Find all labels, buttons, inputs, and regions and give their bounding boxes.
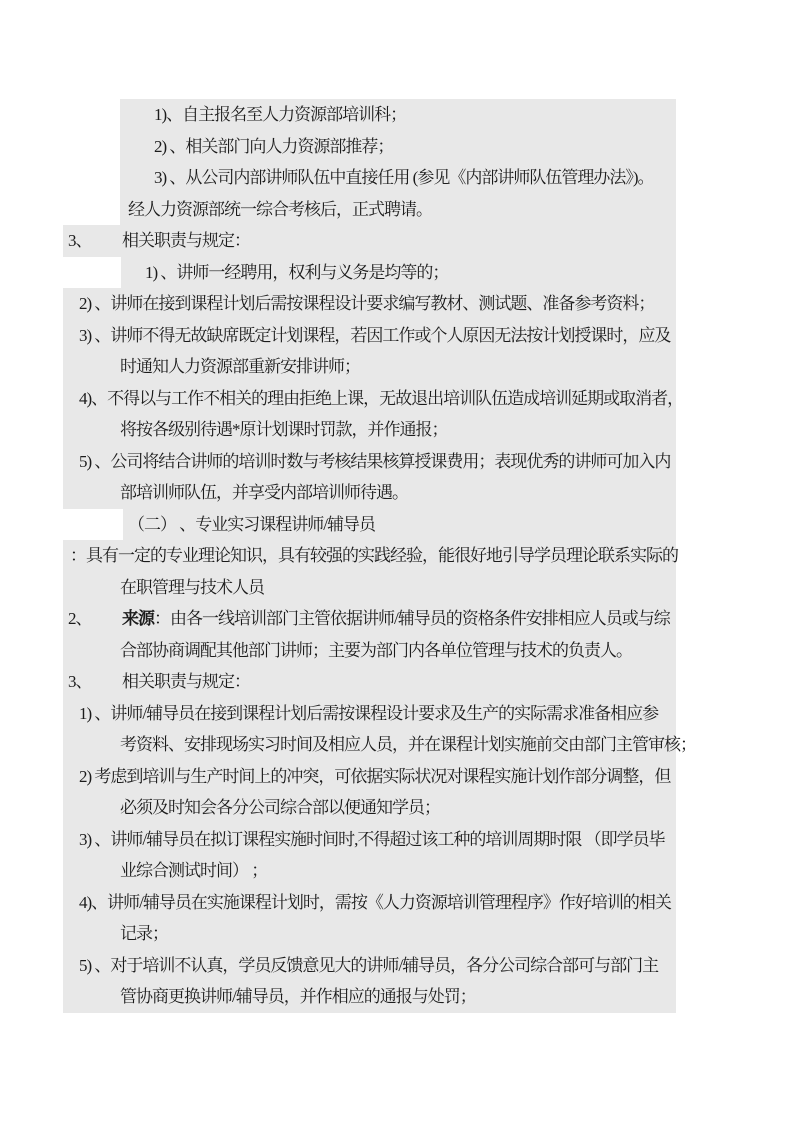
line-text: 管协商更换讲师/辅导员，并作相应的通报与处罚；	[0, 981, 793, 1013]
line-text: 2) 、讲师在接到课程计划后需按课程设计要求编写教材、测试题、准备参考资料；	[0, 288, 793, 320]
line-text: 在职管理与技术人员	[0, 572, 793, 604]
text-line: 在职管理与技术人员	[0, 572, 793, 604]
line-text-content: 3) 、讲师不得无故缺席既定计划课程，若因工作或个人原因无法按计划授课时，应及	[79, 326, 670, 345]
line-text: 必须及时知会各分公司综合部以便通知学员；	[0, 792, 793, 824]
text-line: 2、来源：由各一线培训部门主管依据讲师/辅导员的资格条件安排相应人员或与综	[0, 603, 793, 635]
list-number: 3、	[68, 666, 122, 698]
line-text-content: 业综合测试时间） ；	[120, 861, 267, 880]
text-line: 2) 、讲师在接到课程计划后需按课程设计要求编写教材、测试题、准备参考资料；	[0, 288, 793, 320]
list-number: 2、	[68, 603, 122, 635]
text-line: ：具有一定的专业理论知识，具有较强的实践经验，能很好地引导学员理论联系实际的	[0, 540, 793, 572]
document-text-block: 1)、自主报名至人力资源部培训科；2) 、相关部门向人力资源部推荐；3) 、从公…	[0, 99, 793, 1013]
line-text: 1)、自主报名至人力资源部培训科；	[0, 99, 793, 131]
bold-label: 来源	[122, 609, 154, 628]
text-line: 3、相关职责与规定：	[0, 225, 793, 257]
line-text-content: 时通知人力资源部重新安排讲师；	[120, 357, 360, 376]
line-text: 3、相关职责与规定：	[0, 666, 793, 698]
text-line: 1) 、讲师/辅导员在接到课程计划后需按课程设计要求及生产的实际需求准备相应参	[0, 698, 793, 730]
text-line: 5) 、对于培训不认真，学员反馈意见大的讲师/辅导员，各分公司综合部可与部门主	[0, 950, 793, 982]
text-line: 经人力资源部统一综合考核后，正式聘请。	[0, 194, 793, 226]
line-text-content: 2) 考虑到培训与生产时间上的冲突，可依据实际状况对课程实施计划作部分调整，但	[79, 767, 670, 786]
list-number: 3、	[68, 225, 122, 257]
text-line: 考资料、安排现场实习时间及相应人员，并在课程计划实施前交由部门主管审核；	[0, 729, 793, 761]
line-text-content: 考资料、安排现场实习时间及相应人员，并在课程计划实施前交由部门主管审核；	[120, 735, 696, 754]
text-line: 2) 、相关部门向人力资源部推荐；	[0, 131, 793, 163]
line-text-content: 3) 、讲师/辅导员在拟订课程实施时间时,不得超过该工种的培训周期时限 （即学员…	[79, 830, 665, 849]
line-text-content: 部培训师队伍，并享受内部培训师待遇。	[120, 483, 408, 502]
text-line: （二） 、专业实习课程讲师/辅导员	[0, 509, 793, 541]
line-text: 2) 、相关部门向人力资源部推荐；	[0, 131, 793, 163]
line-text-content: 2) 、相关部门向人力资源部推荐；	[154, 137, 393, 156]
line-text-content: 必须及时知会各分公司综合部以便通知学员；	[120, 798, 440, 817]
line-text: 4)、不得以与工作不相关的理由拒绝上课，无故退出培训队伍造成培训延期或取消者，	[0, 383, 793, 415]
line-text: 业综合测试时间） ；	[0, 855, 793, 887]
line-text-content: 经人力资源部统一综合考核后，正式聘请。	[128, 200, 432, 219]
line-text: 将按各级别待遇*原计划课时罚款，并作通报；	[0, 414, 793, 446]
line-text-content: 4)、不得以与工作不相关的理由拒绝上课，无故退出培训队伍造成培训延期或取消者，	[79, 389, 683, 408]
text-line: 4)、讲师/辅导员在实施课程计划时，需按《人力资源培训管理程序》作好培训的相关	[0, 887, 793, 919]
text-line: 5) 、公司将结合讲师的培训时数与考核结果核算授课费用；表现优秀的讲师可加入内	[0, 446, 793, 478]
line-text-content: ：具有一定的专业理论知识，具有较强的实践经验，能很好地引导学员理论联系实际的	[70, 546, 678, 565]
line-text-content: 1) 、讲师一经聘用，权利与义务是均等的；	[145, 263, 448, 282]
line-text: 1) 、讲师/辅导员在接到课程计划后需按课程设计要求及生产的实际需求准备相应参	[0, 698, 793, 730]
text-line: 1) 、讲师一经聘用，权利与义务是均等的；	[0, 257, 793, 289]
text-line: 记录；	[0, 918, 793, 950]
line-text-content: 4)、讲师/辅导员在实施课程计划时，需按《人力资源培训管理程序》作好培训的相关	[79, 893, 671, 912]
line-text: 考资料、安排现场实习时间及相应人员，并在课程计划实施前交由部门主管审核；	[0, 729, 793, 761]
line-text: 2) 考虑到培训与生产时间上的冲突，可依据实际状况对课程实施计划作部分调整，但	[0, 761, 793, 793]
text-line: 1)、自主报名至人力资源部培训科；	[0, 99, 793, 131]
line-text: 3、相关职责与规定：	[0, 225, 793, 257]
line-text: 3) 、从公司内部讲师队伍中直接任用 (参见《内部讲师队伍管理办法》)。	[0, 162, 793, 194]
line-text: 2、来源：由各一线培训部门主管依据讲师/辅导员的资格条件安排相应人员或与综	[0, 603, 793, 635]
text-line: 部培训师队伍，并享受内部培训师待遇。	[0, 477, 793, 509]
text-line: 将按各级别待遇*原计划课时罚款，并作通报；	[0, 414, 793, 446]
line-text-content: 5) 、公司将结合讲师的培训时数与考核结果核算授课费用；表现优秀的讲师可加入内	[79, 452, 670, 471]
text-line: 3) 、从公司内部讲师队伍中直接任用 (参见《内部讲师队伍管理办法》)。	[0, 162, 793, 194]
text-line: 必须及时知会各分公司综合部以便通知学员；	[0, 792, 793, 824]
line-text: 记录；	[0, 918, 793, 950]
line-text-content: 合部协商调配其他部门讲师；主要为部门内各单位管理与技术的负责人。	[120, 641, 632, 660]
line-text-content: 5) 、对于培训不认真，学员反馈意见大的讲师/辅导员，各分公司综合部可与部门主	[79, 956, 658, 975]
line-text: 经人力资源部统一综合考核后，正式聘请。	[0, 194, 793, 226]
text-line: 时通知人力资源部重新安排讲师；	[0, 351, 793, 383]
line-text-content: 将按各级别待遇*原计划课时罚款，并作通报；	[120, 420, 448, 439]
line-text: 3) 、讲师不得无故缺席既定计划课程，若因工作或个人原因无法按计划授课时，应及	[0, 320, 793, 352]
line-text: 部培训师队伍，并享受内部培训师待遇。	[0, 477, 793, 509]
line-text-content: 管协商更换讲师/辅导员，并作相应的通报与处罚；	[120, 987, 476, 1006]
text-line: 2) 考虑到培训与生产时间上的冲突，可依据实际状况对课程实施计划作部分调整，但	[0, 761, 793, 793]
line-text: 4)、讲师/辅导员在实施课程计划时，需按《人力资源培训管理程序》作好培训的相关	[0, 887, 793, 919]
line-text-content: 在职管理与技术人员	[120, 578, 264, 597]
text-line: 3) 、讲师不得无故缺席既定计划课程，若因工作或个人原因无法按计划授课时，应及	[0, 320, 793, 352]
text-line: 3) 、讲师/辅导员在拟订课程实施时间时,不得超过该工种的培训周期时限 （即学员…	[0, 824, 793, 856]
line-text: 1) 、讲师一经聘用，权利与义务是均等的；	[0, 257, 793, 289]
text-line: 4)、不得以与工作不相关的理由拒绝上课，无故退出培训队伍造成培训延期或取消者，	[0, 383, 793, 415]
text-line: 3、相关职责与规定：	[0, 666, 793, 698]
line-text-content: 1)、自主报名至人力资源部培训科；	[154, 105, 406, 124]
text-line: 管协商更换讲师/辅导员，并作相应的通报与处罚；	[0, 981, 793, 1013]
line-text-content: 1) 、讲师/辅导员在接到课程计划后需按课程设计要求及生产的实际需求准备相应参	[79, 704, 658, 723]
line-text-content: 2) 、讲师在接到课程计划后需按课程设计要求编写教材、测试题、准备参考资料；	[79, 294, 654, 313]
line-text-content: 记录；	[120, 924, 168, 943]
line-text-content: （二） 、专业实习课程讲师/辅导员	[128, 515, 375, 534]
text-line: 合部协商调配其他部门讲师；主要为部门内各单位管理与技术的负责人。	[0, 635, 793, 667]
document-page: 1)、自主报名至人力资源部培训科；2) 、相关部门向人力资源部推荐；3) 、从公…	[0, 0, 793, 1122]
line-text: 5) 、公司将结合讲师的培训时数与考核结果核算授课费用；表现优秀的讲师可加入内	[0, 446, 793, 478]
line-text: 3) 、讲师/辅导员在拟订课程实施时间时,不得超过该工种的培训周期时限 （即学员…	[0, 824, 793, 856]
line-text: 时通知人力资源部重新安排讲师；	[0, 351, 793, 383]
line-text: 5) 、对于培训不认真，学员反馈意见大的讲师/辅导员，各分公司综合部可与部门主	[0, 950, 793, 982]
text-line: 业综合测试时间） ；	[0, 855, 793, 887]
line-text-content: 相关职责与规定：	[122, 672, 250, 691]
line-text: ：具有一定的专业理论知识，具有较强的实践经验，能很好地引导学员理论联系实际的	[0, 540, 793, 572]
line-text: 合部协商调配其他部门讲师；主要为部门内各单位管理与技术的负责人。	[0, 635, 793, 667]
line-text: （二） 、专业实习课程讲师/辅导员	[0, 509, 793, 541]
line-text-content: 相关职责与规定：	[122, 231, 250, 250]
line-text-content: 3) 、从公司内部讲师队伍中直接任用 (参见《内部讲师队伍管理办法》)。	[154, 168, 653, 187]
line-text-content: ：由各一线培训部门主管依据讲师/辅导员的资格条件安排相应人员或与综	[154, 609, 670, 628]
